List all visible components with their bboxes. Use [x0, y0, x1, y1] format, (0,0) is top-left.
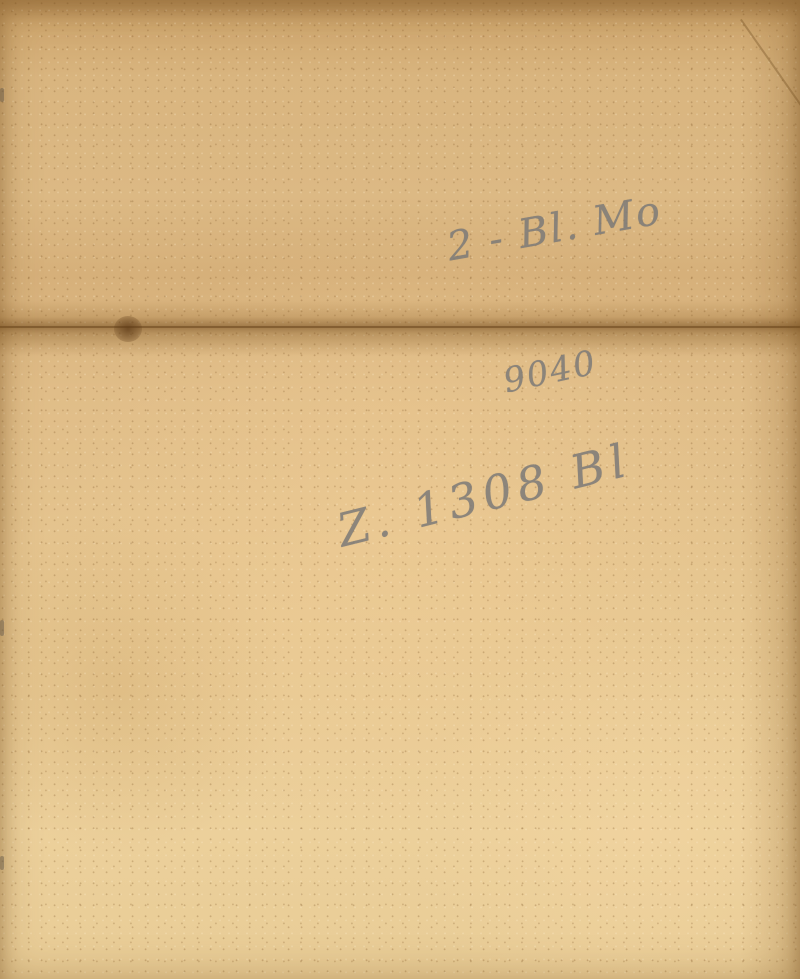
left-edge-mark: [0, 856, 4, 870]
left-edge-mark: [0, 88, 4, 102]
right-edge-discoloration: [740, 0, 800, 979]
paper-sheet: 2 - Bl. Mo 9040 Z. 1308 Bl: [0, 0, 800, 979]
left-edge-mark: [0, 620, 4, 636]
stain-mark: [114, 316, 142, 342]
